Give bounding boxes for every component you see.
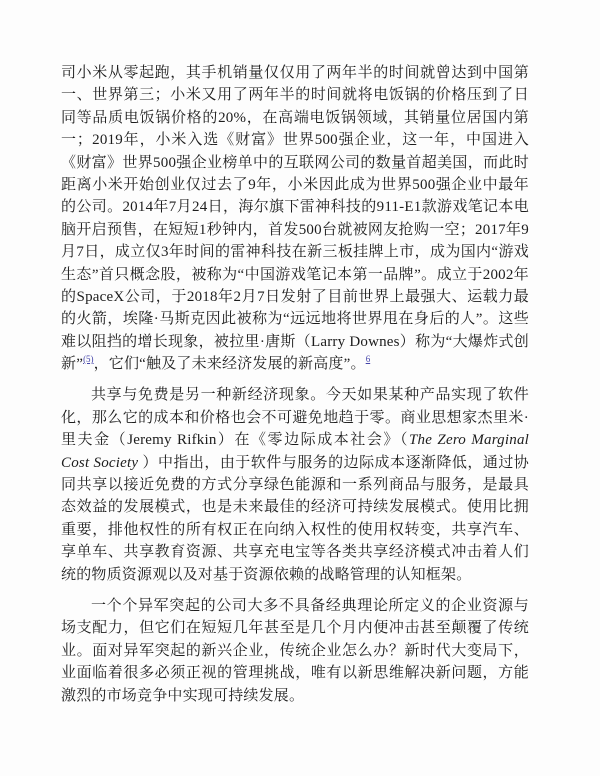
text-run: 的火箭，埃隆·马斯克因此被称为“远远地将世界甩在身后的人”。这些 (61, 311, 529, 327)
text-run: 激烈的市场竞争中实现可持续发展。 (61, 688, 304, 704)
text-line: 激烈的市场竞争中实现可持续发展。 (61, 685, 529, 707)
text-run: 的SpaceX公司，于2018年2月7日发射了目前世界上最强大、运载力最强 (61, 289, 529, 308)
text-run: 共享与免费是另一种新经济现象。今天如果某种产品实现了软件 (91, 387, 529, 403)
text-run: 一、世界第三；小米又用了两年半的时间就将电饭锅的价格压到了日本 (61, 87, 529, 106)
text-line: 的火箭，埃隆·马斯克因此被称为“远远地将世界甩在身后的人”。这些 (61, 308, 529, 330)
text-run: 态效益的发展模式，也是未来最佳的经济可持续发展模式。使用比拥有 (61, 499, 529, 518)
text-line: 生态”首只概念股，被称为“中国游戏笔记本第一品牌”。成立于2002年 (61, 264, 529, 286)
text-run: 同共享以接近免费的方式分享绿色能源和一系列商品与服务，是最具生 (61, 477, 529, 496)
text-run: ，它们“触及了未来经济发展的新高度”。 (94, 356, 366, 372)
text-line: 难以阻挡的增长现象，被拉里·唐斯（Larry Downes）称为“大爆炸式创 (61, 331, 529, 353)
text-content: 司小米从零起跑，其手机销量仅仅用了两年半的时间就曾达到中国第一、世界第三；小米又… (61, 62, 529, 716)
paragraph-3: 一个个异军突起的公司大多不具备经典理论所定义的企业资源与市场支配力，但它们在短短… (61, 595, 529, 707)
text-line: 业面临着很多必须正视的管理挑战，唯有以新思维解决新问题，方能在 (61, 662, 529, 684)
text-line: 同等品质电饭锅价格的20%，在高端电饭锅领域，其销量位居国内第 (61, 107, 529, 129)
text-line: 态效益的发展模式，也是未来最佳的经济可持续发展模式。使用比拥有 (61, 496, 529, 518)
text-run: 业面临着很多必须正视的管理挑战，唯有以新思维解决新问题，方能在 (61, 665, 529, 684)
text-line: 月7日，成立仅3年时间的雷神科技在新三板挂牌上市，成为国内“游戏 (61, 241, 529, 263)
book-title-latin: Cost Society (61, 455, 138, 471)
text-run: 场支配力，但它们在短短几年甚至是几个月内便冲击甚至颠覆了传统行 (61, 620, 529, 639)
text-run: 统的物质资源观以及对基于资源依赖的战略管理的认知框架。 (61, 567, 471, 583)
text-run: ）中指出，由于软件与服务的边际成本逐渐降低，通过协 (138, 455, 529, 471)
text-line: 的公司。2014年7月24日，海尔旗下雷神科技的911-E1款游戏笔记本电 (61, 196, 529, 218)
text-run: 月7日，成立仅3年时间的雷神科技在新三板挂牌上市，成为国内“游戏 (61, 244, 529, 260)
text-run: 脑开启预售，在短短1秒钟内，首发500台就被网友抢购一空；2017年9 (61, 222, 529, 238)
paragraph-1: 司小米从零起跑，其手机销量仅仅用了两年半的时间就曾达到中国第一、世界第三；小米又… (61, 62, 529, 375)
text-line: 重要，排他权性的所有权正在向纳入权性的使用权转变，共享汽车、共 (61, 519, 529, 541)
text-line: 业。面对异军突起的新兴企业，传统企业怎么办？新时代大变局下，企 (61, 640, 529, 662)
text-line: 一、世界第三；小米又用了两年半的时间就将电饭锅的价格压到了日本 (61, 84, 529, 106)
text-run: 新” (61, 356, 83, 372)
paragraph-2: 共享与免费是另一种新经济现象。今天如果某种产品实现了软件化，那么它的成本和价格也… (61, 384, 529, 586)
text-line: 新”(5)，它们“触及了未来经济发展的新高度”。6 (61, 353, 529, 375)
text-line: 《财富》世界500强企业榜单中的互联网公司的数量首超美国，而此时 (61, 152, 529, 174)
footnote-ref-5[interactable]: (5) (83, 354, 94, 364)
text-run: 难以阻挡的增长现象，被拉里·唐斯（Larry Downes）称为“大爆炸式创 (61, 334, 529, 350)
text-line: 一个个异军突起的公司大多不具备经典理论所定义的企业资源与市 (61, 595, 529, 617)
text-line: 司小米从零起跑，其手机销量仅仅用了两年半的时间就曾达到中国第 (61, 62, 529, 84)
text-line: 脑开启预售，在短短1秒钟内，首发500台就被网友抢购一空；2017年9 (61, 219, 529, 241)
text-line: 共享与免费是另一种新经济现象。今天如果某种产品实现了软件 (61, 384, 529, 406)
text-run: 距离小米开始创业仅过去了9年，小米因此成为世界500强企业中最年轻 (61, 177, 529, 196)
text-run: 同等品质电饭锅价格的20%，在高端电饭锅领域，其销量位居国内第 (61, 110, 529, 126)
text-run: 享单车、共享教育资源、共享充电宝等各类共享经济模式冲击着人们传 (61, 544, 529, 563)
text-run: 的公司。2014年7月24日，海尔旗下雷神科技的911-E1款游戏笔记本电 (61, 199, 529, 215)
text-line: 享单车、共享教育资源、共享充电宝等各类共享经济模式冲击着人们传 (61, 541, 529, 563)
text-line: Cost Society ）中指出，由于软件与服务的边际成本逐渐降低，通过协 (61, 452, 529, 474)
text-line: 一；2019年，小米入选《财富》世界500强企业，这一年，中国进入 (61, 129, 529, 151)
text-line: 场支配力，但它们在短短几年甚至是几个月内便冲击甚至颠覆了传统行 (61, 617, 529, 639)
text-run: 一；2019年，小米入选《财富》世界500强企业，这一年，中国进入 (61, 132, 529, 148)
text-run: 里夫金（Jeremy Rifkin）在《零边际成本社会》（ (61, 432, 409, 448)
book-title-latin: The Zero Marginal (409, 432, 529, 448)
text-line: 的SpaceX公司，于2018年2月7日发射了目前世界上最强大、运载力最强 (61, 286, 529, 308)
text-run: 业。面对异军突起的新兴企业，传统企业怎么办？新时代大变局下，企 (61, 643, 529, 662)
text-run: 生态”首只概念股，被称为“中国游戏笔记本第一品牌”。成立于2002年 (61, 267, 529, 283)
text-line: 里夫金（Jeremy Rifkin）在《零边际成本社会》（The Zero Ma… (61, 429, 529, 451)
text-run: 化，那么它的成本和价格也会不可避免地趋于零。商业思想家杰里米· (61, 410, 529, 426)
text-run: 司小米从零起跑，其手机销量仅仅用了两年半的时间就曾达到中国第 (61, 65, 529, 81)
text-line: 同共享以接近免费的方式分享绿色能源和一系列商品与服务，是最具生 (61, 474, 529, 496)
text-run: 一个个异军突起的公司大多不具备经典理论所定义的企业资源与市 (61, 598, 529, 617)
text-line: 统的物质资源观以及对基于资源依赖的战略管理的认知框架。 (61, 564, 529, 586)
text-run: 《财富》世界500强企业榜单中的互联网公司的数量首超美国，而此时 (61, 155, 529, 171)
text-run: 重要，排他权性的所有权正在向纳入权性的使用权转变，共享汽车、共 (61, 522, 529, 541)
text-line: 化，那么它的成本和价格也会不可避免地趋于零。商业思想家杰里米· (61, 407, 529, 429)
text-line: 距离小米开始创业仅过去了9年，小米因此成为世界500强企业中最年轻 (61, 174, 529, 196)
document-page: 司小米从零起跑，其手机销量仅仅用了两年半的时间就曾达到中国第一、世界第三；小米又… (0, 0, 600, 776)
footnote-ref-6[interactable]: 6 (366, 354, 371, 364)
